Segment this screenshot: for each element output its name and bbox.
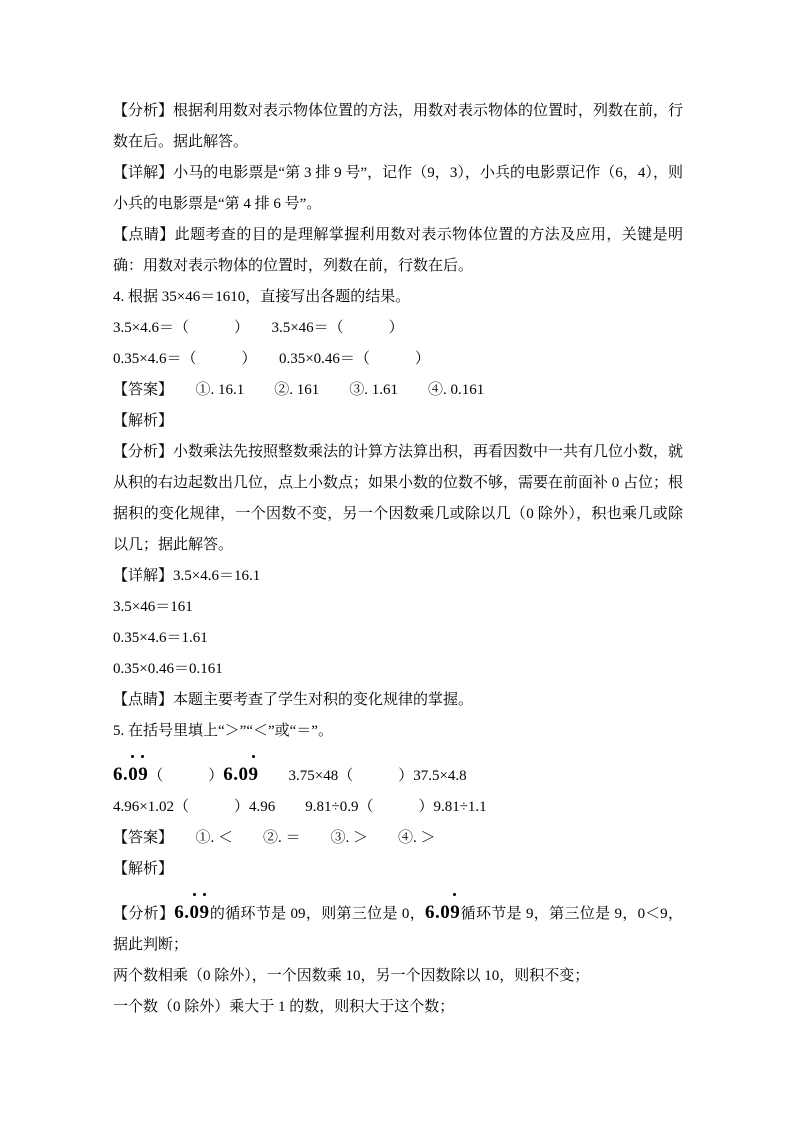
text-run: （ ）: [148, 768, 223, 784]
text-run: 【答案】 ①. 16.1 ②. 161 ③. 1.61 ④. 0.161: [113, 382, 484, 398]
detail-q4-line-4: 0.35×0.46＝0.161: [113, 654, 683, 685]
question-4: 4. 根据 35×46＝1610，直接写出各题的结果。: [113, 282, 683, 313]
text-run: 【解析】: [113, 861, 173, 877]
analysis-q4: 【分析】小数乘法先按照整数乘法的计算方法算出积，再看因数中一共有几位小数，就从积…: [113, 437, 683, 561]
text-run: 【答案】 ①. ＜ ②. ＝ ③. ＞ ④. ＞: [113, 830, 436, 846]
question-5: 5. 在括号里填上“＞”“＜”或“＝”。: [113, 716, 683, 747]
repeating-digit: 0: [190, 897, 200, 928]
text-run: 两个数相乘（0 除外），一个因数乘 10，另一个因数除以 10，则积不变；: [113, 968, 589, 984]
repeating-decimal: 6.09: [113, 764, 148, 785]
text-run: 3.5×46＝161: [113, 599, 193, 615]
text-run: 4.96×1.02（ ）4.96 9.81÷0.9（ ）9.81÷1.1: [113, 799, 487, 815]
digit: 6: [223, 759, 233, 790]
text-run: 【解析】: [113, 413, 173, 429]
repeating-decimal: 6.09: [174, 902, 209, 923]
repeating-digit: 9: [249, 759, 259, 790]
tip-q4: 【点睛】本题主要考查了学生对积的变化规律的掌握。: [113, 685, 683, 716]
document-page: 【分析】根据利用数对表示物体位置的方法，用数对表示物体的位置时，列数在前，行数在…: [0, 0, 794, 1123]
repeating-digit: 9: [138, 759, 148, 790]
answer-q4: 【答案】 ①. 16.1 ②. 161 ③. 1.61 ④. 0.161: [113, 375, 683, 406]
digit: 6: [174, 897, 184, 928]
digit: 6: [113, 759, 123, 790]
q4-blanks-row-1: 3.5×4.6＝（ ） 3.5×46＝（ ）: [113, 313, 683, 344]
digit: 6: [425, 897, 435, 928]
text-run: 【分析】根据利用数对表示物体位置的方法，用数对表示物体的位置时，列数在前，行数在…: [113, 103, 683, 150]
text-run: 4. 根据 35×46＝1610，直接写出各题的结果。: [113, 289, 410, 305]
tip-q3: 【点睛】此题考查的目的是理解掌握利用数对表示物体位置的方法及应用，关键是明确：用…: [113, 220, 683, 282]
analysis-q5: 【分析】6.09的循环节是 09，则第三位是 0，6.09循环节是 9，第三位是…: [113, 897, 683, 961]
detail-q4-line-2: 3.5×46＝161: [113, 592, 683, 623]
digit: 0: [239, 759, 249, 790]
analysis-q3: 【分析】根据利用数对表示物体位置的方法，用数对表示物体的位置时，列数在前，行数在…: [113, 96, 683, 158]
text-run: 【分析】小数乘法先按照整数乘法的计算方法算出积，再看因数中一共有几位小数，就从积…: [113, 444, 683, 553]
text-run: 的循环节是 09，则第三位是 0，: [210, 906, 426, 922]
repeating-digit: 9: [450, 897, 460, 928]
text-run: 3.5×4.6＝（ ） 3.5×46＝（ ）: [113, 320, 404, 336]
text-run: 3.75×48（ ）37.5×4.8: [259, 768, 467, 784]
text-run: 【点睛】本题主要考查了学生对积的变化规律的掌握。: [113, 692, 473, 708]
document-content: 【分析】根据利用数对表示物体位置的方法，用数对表示物体的位置时，列数在前，行数在…: [113, 96, 683, 1023]
text-run: 0.35×4.6＝（ ） 0.35×0.46＝（ ）: [113, 351, 430, 367]
text-run: 【分析】: [113, 906, 174, 922]
text-run: 0.35×4.6＝1.61: [113, 630, 208, 646]
q4-blanks-row-2: 0.35×4.6＝（ ） 0.35×0.46＝（ ）: [113, 344, 683, 375]
text-run: 【详解】小马的电影票是“第 3 排 9 号”，记作（9，3），小兵的电影票记作（…: [113, 165, 683, 212]
text-run: 5. 在括号里填上“＞”“＜”或“＝”。: [113, 723, 333, 739]
analysis-q5-rule-2: 两个数相乘（0 除外），一个因数乘 10，另一个因数除以 10，则积不变；: [113, 961, 683, 992]
digit: 0: [440, 897, 450, 928]
text-run: 【点睛】此题考查的目的是理解掌握利用数对表示物体位置的方法及应用，关键是明确：用…: [113, 227, 683, 274]
repeating-decimal: 6.09: [425, 902, 460, 923]
repeating-digit: 9: [200, 897, 210, 928]
text-run: 一个数（0 除外）乘大于 1 的数，则积大于这个数；: [113, 999, 454, 1015]
text-run: 【详解】3.5×4.6＝16.1: [113, 568, 260, 584]
detail-q4-line-3: 0.35×4.6＝1.61: [113, 623, 683, 654]
detail-q3: 【详解】小马的电影票是“第 3 排 9 号”，记作（9，3），小兵的电影票记作（…: [113, 158, 683, 220]
jiexi-q5: 【解析】: [113, 854, 683, 885]
answer-q5: 【答案】 ①. ＜ ②. ＝ ③. ＞ ④. ＞: [113, 823, 683, 854]
repeating-digit: 0: [128, 759, 138, 790]
text-run: 0.35×0.46＝0.161: [113, 661, 223, 677]
q5-blanks-row-2: 4.96×1.02（ ）4.96 9.81÷0.9（ ）9.81÷1.1: [113, 792, 683, 823]
jiexi-q4: 【解析】: [113, 406, 683, 437]
q5-blanks-row-1: 6.09（ ）6.09 3.75×48（ ）37.5×4.8: [113, 759, 683, 792]
repeating-decimal: 6.09: [223, 764, 258, 785]
analysis-q5-rule-3: 一个数（0 除外）乘大于 1 的数，则积大于这个数；: [113, 992, 683, 1023]
detail-q4-line-1: 【详解】3.5×4.6＝16.1: [113, 561, 683, 592]
